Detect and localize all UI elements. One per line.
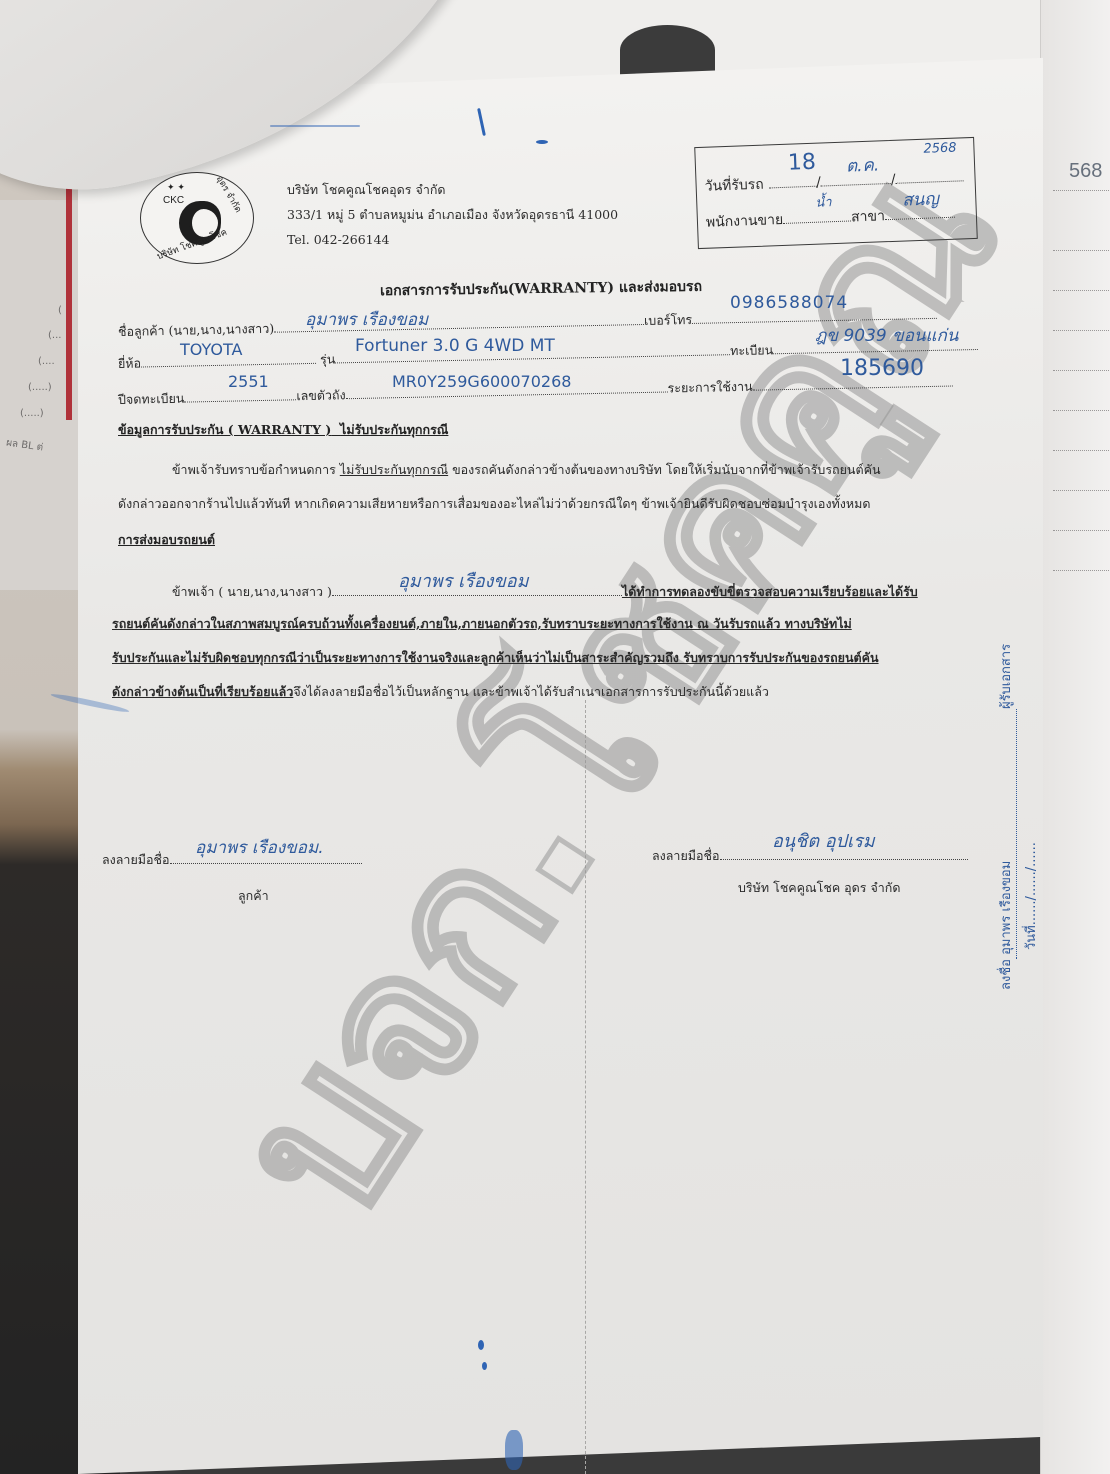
document-content: ✦ ✦ CKC อุดร จำกัด บริษัท โชคคูณโชค บริษ…: [0, 0, 1110, 1474]
ink-mark: [536, 140, 548, 144]
warranty-heading: ข้อมูลการรับประกัน ( WARRANTY ) ไม่รับปร…: [118, 420, 448, 440]
plate-label: ทะเบียน: [730, 342, 773, 358]
warranty-heading-note: ไม่รับประกันทุกกรณี: [340, 422, 448, 437]
mileage-value: 185690: [840, 356, 924, 381]
delivery-line-4: ดังกล่าวข้างต้นเป็นที่เรียบร้อยแล้วจึงได…: [112, 682, 769, 702]
receive-date-label: วันที่รับรถ: [704, 177, 764, 195]
phone-value: 0986588074: [730, 293, 848, 313]
salesperson-label: พนักงานขาย: [706, 212, 784, 231]
customer-signature: อุมาพร เรืองขอม.: [195, 834, 324, 861]
company-logo: ✦ ✦ CKC อุดร จำกัด บริษัท โชคคูณโชค: [140, 172, 254, 264]
model-label: รุ่น: [320, 351, 336, 366]
model-value: Fortuner 3.0 G 4WD MT: [355, 336, 555, 356]
plate-value: ฎข 9039 ขอนแก่น: [815, 322, 958, 349]
warranty-paragraph-line-1: ข้าพเจ้ารับทราบข้อกำหนดการ ไม่รับประกันท…: [172, 460, 881, 480]
branch-label: สาขา: [851, 208, 885, 225]
phone-label: เบอร์โทร: [644, 312, 692, 328]
company-signature-role: บริษัท โชคคูณโชค อุดร จำกัด: [738, 878, 901, 898]
customer-label: ชื่อลูกค้า (นาย,นาง,นางสาว): [118, 321, 274, 339]
document-title: เอกสารการรับประกัน(WARRANTY) และส่งมอบรถ: [380, 276, 702, 302]
delivery-line-2: รถยนต์คันดังกล่าวในสภาพสมบูรณ์ครบถ้วนทั้…: [112, 614, 852, 634]
customer-signature-role: ลูกค้า: [238, 886, 269, 906]
chassis-label: เลขตัวถัง: [296, 387, 346, 403]
brand-value: TOYOTA: [180, 340, 242, 359]
receive-day: 18: [787, 150, 816, 176]
branch-value: สนญ: [902, 185, 939, 213]
brand-label: ยี่ห้อ: [118, 356, 141, 371]
delivery-line-3: รับประกันและไม่รับผิดชอบทุกกรณีว่าเป็นระ…: [112, 648, 879, 668]
ink-mark: [478, 1340, 484, 1350]
warranty-paragraph-line-2: ดังกล่าวออกจากร้านไปแล้วทันที หากเกิดควา…: [118, 494, 870, 514]
delivery-line-1: ข้าพเจ้า ( นาย,นาง,นางสาว )ได้ทำการทดลอง…: [172, 582, 918, 602]
logo-initials: CKC: [163, 195, 184, 206]
delivery-customer-name: อุมาพร เรืองขอม: [398, 566, 528, 595]
receipt-info-box: วันที่รับรถ // 18 ต.ค. 2568 พนักงานขายสา…: [694, 137, 978, 249]
receive-year: 2568: [923, 141, 957, 157]
ink-mark: [477, 108, 486, 136]
company-address: 333/1 หมู่ 5 ตำบลหมูม่น อำเภอเมือง จังหว…: [287, 205, 618, 225]
ink-mark: [270, 125, 360, 127]
mileage-label: ระยะการใช้งาน: [667, 379, 752, 396]
delivery-heading: การส่งมอบรถยนต์: [118, 530, 215, 550]
ink-mark: [482, 1362, 487, 1370]
customer-name-value: อุมาพร เรืองขอม: [305, 306, 428, 333]
company-signature: อนุชิต อุปเรม: [772, 826, 875, 855]
stars-icon: ✦ ✦: [167, 183, 185, 193]
company-phone: Tel. 042-266144: [287, 232, 390, 247]
company-name: บริษัท โชคคูณโชคอุดร จำกัด: [287, 180, 446, 200]
side-receipt-signature: ลงชื่อ อุมาพร เรืองขอมผู้รับเอกสาร: [995, 644, 1017, 990]
salesperson-value: น้ำ: [815, 191, 832, 213]
reg-year-value: 2551: [228, 372, 269, 391]
side-receipt-date: วันที่....../....../......: [1020, 842, 1041, 950]
chassis-value: MR0Y259G600070268: [392, 372, 571, 391]
receive-month: ต.ค.: [846, 151, 880, 179]
ink-mark: [505, 1430, 523, 1470]
reg-year-label: ปีจดทะเบียน: [118, 391, 185, 407]
